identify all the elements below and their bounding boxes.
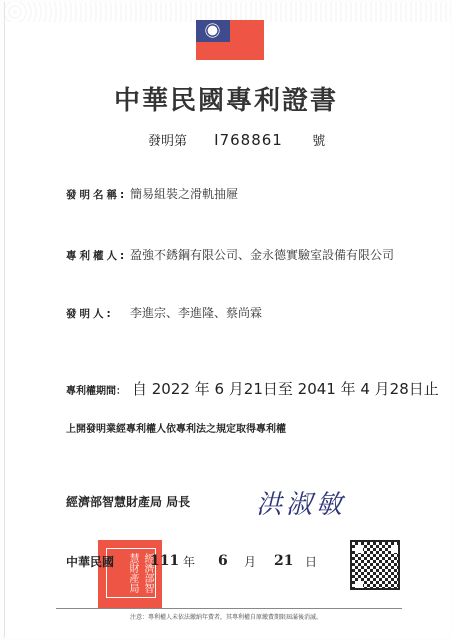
official-seal: 經濟部智慧財產局 — [98, 540, 162, 608]
field-value: 盈強不銹鋼有限公司、金永德實驗室設備有限公司 — [130, 248, 402, 263]
director-signature: 洪淑敏 — [256, 484, 346, 521]
patent-term: 專利權期間：自 2022 年 6 月21日至 2041 年 4 月28日止 — [66, 378, 439, 399]
date-month-unit: 月 — [244, 553, 256, 570]
field-value: 簡易組裝之滑軌抽屜 — [130, 187, 402, 202]
roc-flag-icon — [196, 20, 264, 60]
field-value: 李進宗、李進隆、蔡尚霖 — [130, 306, 402, 321]
footer-note: 注意：專利權人未依法繳納年費者，其專利權自原繳費期限屆滿後消滅。 — [0, 612, 452, 621]
date-month: 6 — [218, 553, 228, 569]
date-day-unit: 日 — [305, 553, 317, 570]
footer-divider — [56, 608, 402, 609]
term-label: 專利權期間： — [66, 386, 126, 397]
field-label: 發明人: — [66, 306, 130, 321]
term-value: 自 2022 年 6 月21日至 2041 年 4 月28日止 — [132, 380, 439, 398]
patent-suffix: 號 — [312, 130, 325, 149]
office-title: 經濟部智慧財產局 局長 — [66, 493, 190, 510]
qr-code-icon — [350, 540, 400, 590]
field-invention-title: 發明名稱:簡易組裝之滑軌抽屜 — [66, 187, 402, 202]
date-day: 21 — [274, 553, 293, 569]
date-era: 中華民國 — [66, 553, 114, 570]
guilloche-border — [5, 2, 451, 22]
date-year: 111 — [150, 553, 179, 569]
field-patentee: 專利權人:盈強不銹鋼有限公司、金永德實驗室設備有限公司 — [66, 248, 402, 263]
patent-number: I768861 — [214, 131, 294, 149]
field-inventor: 發明人:李進宗、李進隆、蔡尚霖 — [66, 306, 402, 321]
patent-number-line: 發明第 I768861 號 — [148, 130, 325, 149]
certificate-title: 中華民國專利證書 — [0, 80, 452, 117]
field-label: 專利權人: — [66, 248, 130, 263]
sun-icon — [208, 26, 218, 36]
field-label: 發明名稱: — [66, 187, 130, 202]
patent-label: 發明第 — [148, 130, 192, 149]
flag-canton — [196, 20, 230, 42]
grant-statement: 上開發明業經專利權人依專利法之規定取得專利權 — [66, 420, 286, 435]
date-year-unit: 年 — [183, 553, 195, 570]
